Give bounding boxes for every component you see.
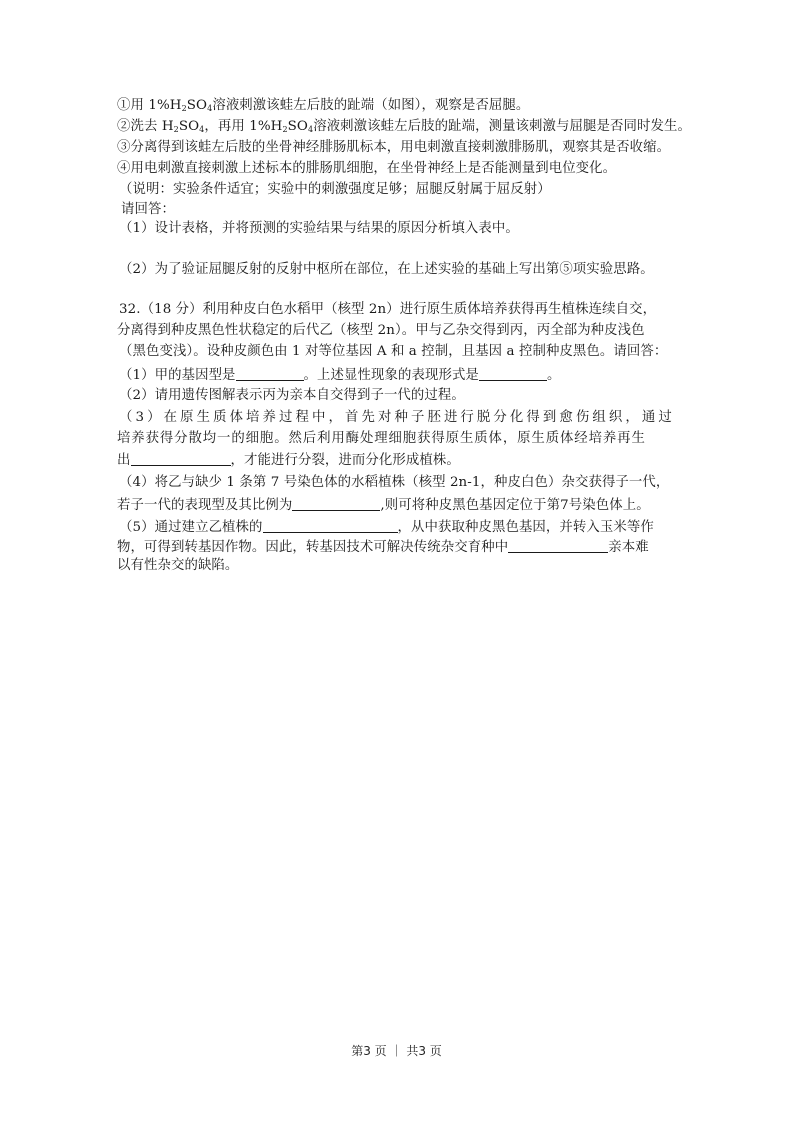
q31-part-1: （1）设计表格，并将预测的实验结果与结果的原因分析填入表中。 bbox=[119, 220, 519, 238]
step-4: ④用电刺激直接刺激上述标本的腓肠肌细胞，在坐骨神经上是否能测量到电位变化。 bbox=[117, 160, 616, 178]
answer-blank-library[interactable] bbox=[263, 518, 398, 533]
step-2: ②洗去 H2SO4，再用 1%H2SO4溶液刺激该蛙左后肢的趾端，测量该刺激与屈… bbox=[117, 118, 691, 139]
q32-part-1: （1）甲的基因型是。上述显性现象的表现形式是。 bbox=[119, 366, 560, 385]
q32-part-5-line-3: 以有性杂交的缺陷。 bbox=[117, 557, 238, 575]
q32-intro-line-1: 32.（18 分）利用种皮白色水稻甲（核型 2n）进行原生质体培养获得再生植株连… bbox=[119, 301, 656, 319]
answer-blank-cell-wall[interactable] bbox=[131, 451, 231, 466]
answer-prompt: 请回答： bbox=[121, 201, 175, 219]
q32-part-5-line-2: 物，可得到转基因作物。因此，转基因技术可解决传统杂交育种中亲本难 bbox=[117, 538, 649, 557]
answer-blank-ratio[interactable] bbox=[292, 496, 380, 511]
experiment-note: （说明：实验条件适宜；实验中的刺激强度足够；屈腿反射属于屈反射） bbox=[119, 181, 551, 199]
q32-part-2: （2）请用遗传图解表示丙为亲本自交得到子一代的过程。 bbox=[119, 387, 465, 405]
q32-part-3-line-1: （3）在原生质体培养过程中，首先对种子胚进行脱分化得到愈伤组织，通过 bbox=[119, 409, 675, 427]
q32-intro-line-3: （黑色变浅）。设种皮颜色由 1 对等位基因 A 和 a 控制，且基因 a 控制种… bbox=[119, 343, 667, 361]
step-1: ①用 1%H2SO4溶液刺激该蛙左后肢的趾端（如图），观察是否屈腿。 bbox=[117, 97, 529, 118]
q32-part-5-line-1: （5）通过建立乙植株的，从中获取种皮黑色基因，并转入玉米等作 bbox=[119, 518, 654, 537]
q32-part-3-line-3: 出，才能进行分裂，进而分化形成植株。 bbox=[117, 451, 460, 470]
q32-part-4-line-1: （4）将乙与缺少 1 条第 7 号染色体的水稻植株（核型 2n-1，种皮白色）杂… bbox=[119, 474, 669, 492]
document-page: ①用 1%H2SO4溶液刺激该蛙左后肢的趾端（如图），观察是否屈腿。 ②洗去 H… bbox=[0, 0, 793, 1122]
q32-part-3-line-2: 培养获得分散均一的细胞。然后利用酶处理细胞获得原生质体，原生质体经培养再生 bbox=[117, 430, 646, 448]
answer-blank-genotype[interactable] bbox=[236, 366, 304, 381]
step-3: ③分离得到该蛙左后肢的坐骨神经腓肠肌标本，用电刺激直接刺激腓肠肌，观察其是否收缩… bbox=[117, 139, 670, 157]
answer-blank-barrier[interactable] bbox=[508, 538, 608, 553]
q32-part-4-line-2: 若子一代的表现型及其比例为,则可将种皮黑色基因定位于第7号染色体上。 bbox=[117, 496, 650, 515]
answer-blank-dominance[interactable] bbox=[479, 366, 547, 381]
q32-intro-line-2: 分离得到种皮黑色性状稳定的后代乙（核型 2n）。甲与乙杂交得到丙，丙全部为种皮浅… bbox=[117, 322, 645, 340]
page-footer: 第3 页 ｜ 共3 页 bbox=[0, 1042, 793, 1059]
q31-part-2: （2）为了验证屈腿反射的反射中枢所在部位，在上述实验的基础上写出第⑤项实验思路。 bbox=[119, 261, 654, 279]
